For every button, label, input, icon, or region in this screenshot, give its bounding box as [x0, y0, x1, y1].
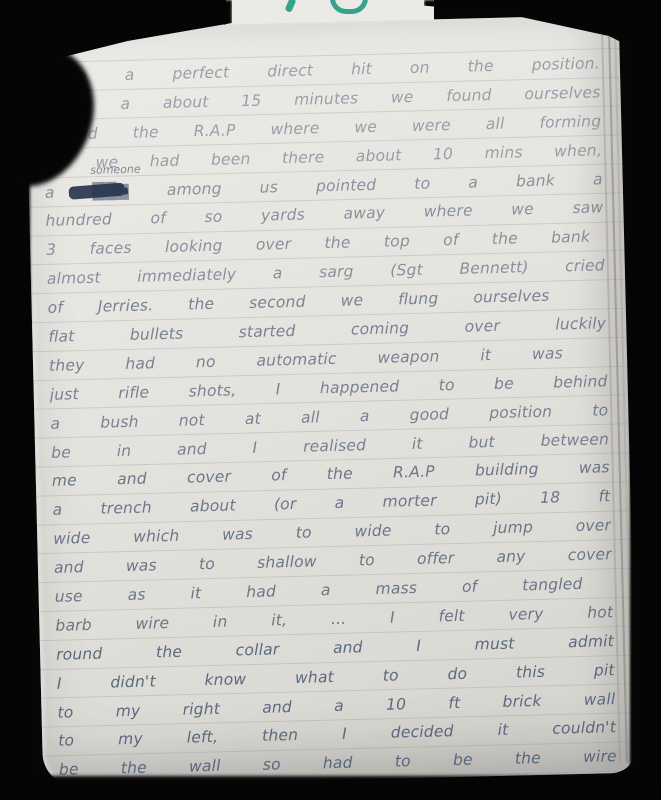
photo-background: made a perfect direct hit on the positio…: [0, 0, 661, 800]
background-shadow-right: [630, 0, 661, 800]
handwriting-block: made a perfect direct hit on the positio…: [42, 49, 617, 785]
notebook-page: made a perfect direct hit on the positio…: [25, 15, 637, 787]
background-shadow-bottom: [0, 776, 661, 800]
inserted-word: someone: [90, 163, 141, 177]
